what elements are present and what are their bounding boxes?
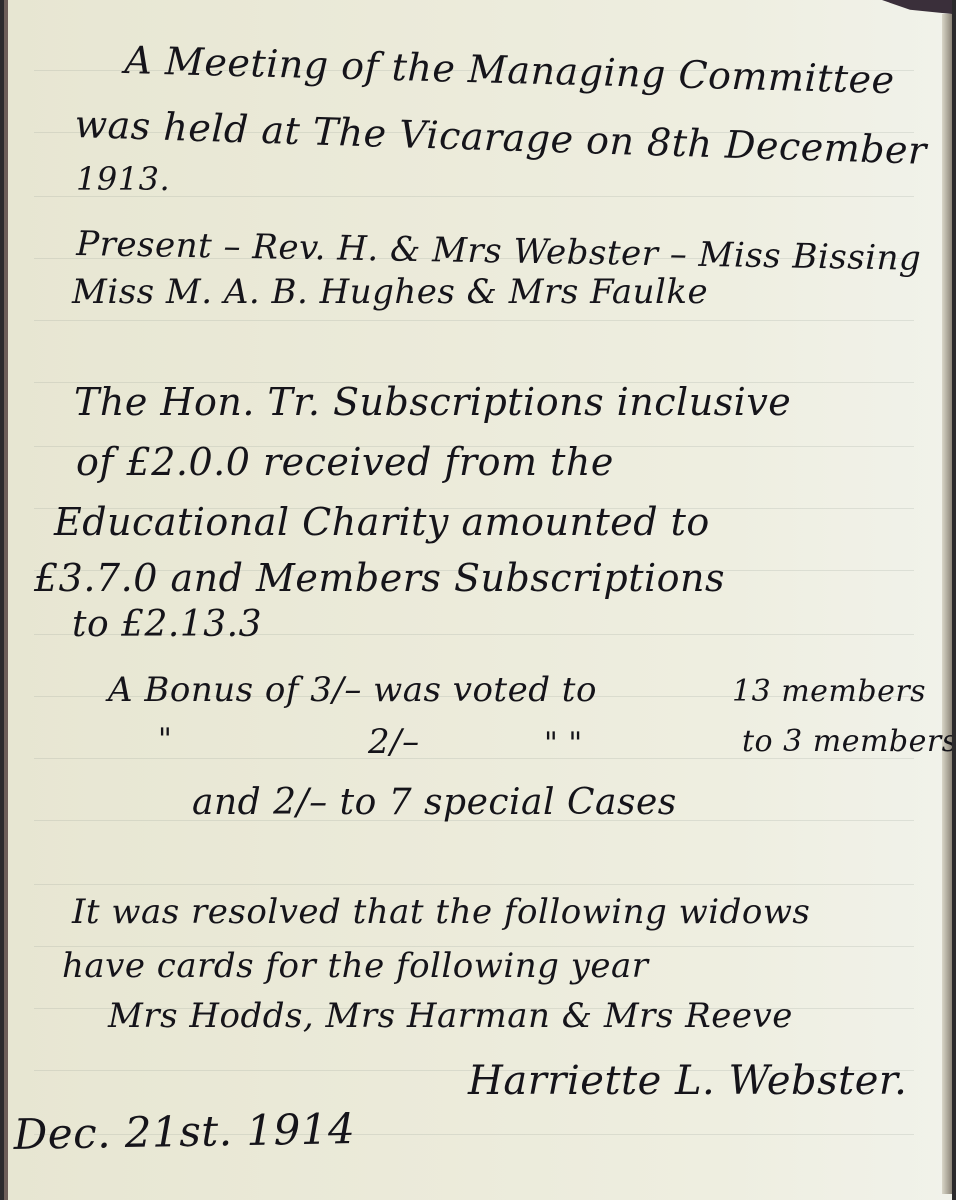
resolved-line-1: It was resolved that the following widow… bbox=[72, 892, 810, 932]
treasurer-line-3: Educational Charity amounted to bbox=[54, 500, 710, 544]
bonus-line-1-count: 13 members bbox=[732, 674, 926, 709]
present-line-2: Miss M. A. B. Hughes & Mrs Faulke bbox=[72, 272, 708, 312]
heading-year: 1913. bbox=[76, 160, 170, 198]
bonus-line-2-amount: 2/– bbox=[368, 722, 420, 762]
page-left-edge bbox=[4, 0, 8, 1200]
resolved-line-2: have cards for the following year bbox=[62, 946, 649, 986]
notebook-page: A Meeting of the Managing Committee was … bbox=[4, 0, 952, 1200]
book-cover-corner bbox=[882, 0, 952, 14]
page-right-edge bbox=[942, 14, 952, 1194]
treasurer-line-2: of £2.0.0 received from the bbox=[76, 440, 614, 484]
treasurer-line-4: £3.7.0 and Members Subscriptions bbox=[34, 556, 725, 600]
treasurer-line-1: The Hon. Tr. Subscriptions inclusive bbox=[74, 380, 791, 424]
bonus-line-2-ditto-mid: " " bbox=[544, 726, 583, 761]
treasurer-line-5: to £2.13.3 bbox=[72, 604, 262, 645]
present-line-1: Present – Rev. H. & Mrs Webster – Miss B… bbox=[76, 224, 922, 279]
bonus-line-2-ditto: " bbox=[158, 722, 172, 757]
signed-date: Dec. 21st. 1914 bbox=[13, 1104, 356, 1159]
resolved-line-3: Mrs Hodds, Mrs Harman & Mrs Reeve bbox=[108, 996, 793, 1036]
bonus-line-3: and 2/– to 7 special Cases bbox=[192, 782, 677, 823]
heading-line-1: A Meeting of the Managing Committee bbox=[124, 38, 895, 102]
bonus-line-1: A Bonus of 3/– was voted to bbox=[108, 670, 597, 710]
ruled-line bbox=[34, 320, 914, 321]
ruled-line bbox=[34, 884, 914, 885]
signature: Harriette L. Webster. bbox=[468, 1058, 907, 1104]
bonus-line-2-count: to 3 members bbox=[742, 724, 952, 759]
heading-line-2: was held at The Vicarage on 8th December bbox=[74, 102, 927, 173]
